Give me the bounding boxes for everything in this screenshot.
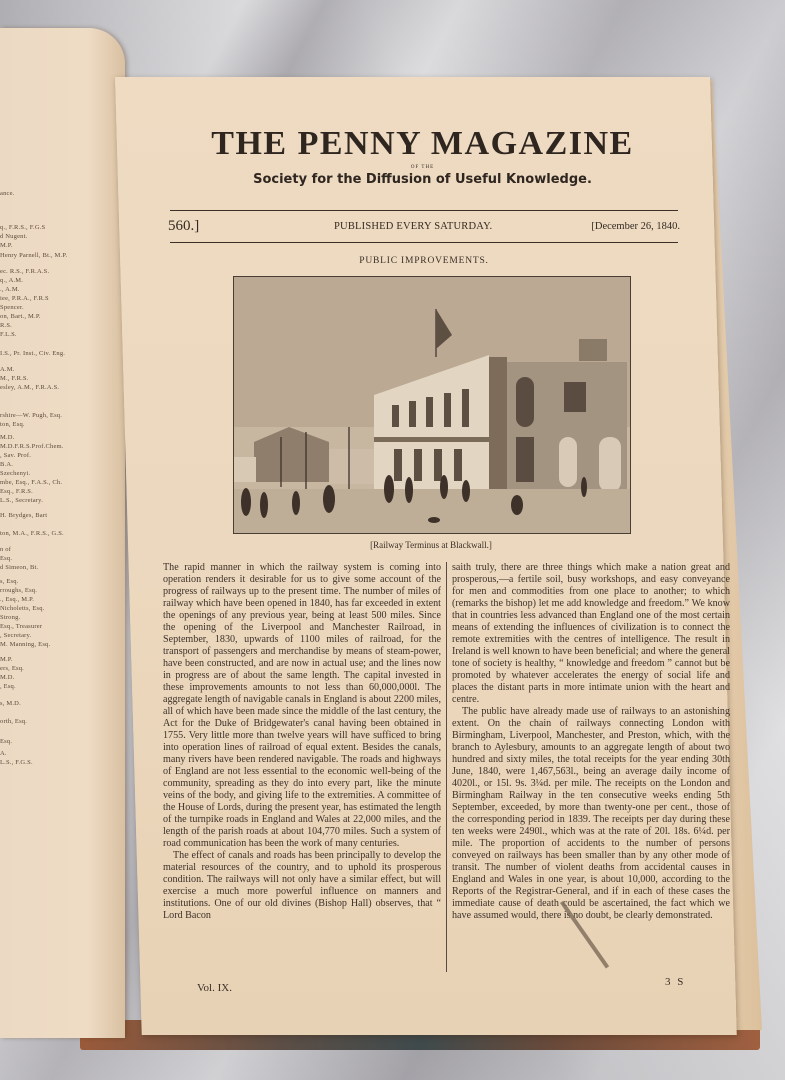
left-page-fragment: n of: [0, 546, 11, 553]
left-page-fragment: s, M.D.: [0, 700, 21, 707]
left-page-fragment: d Nugent.: [0, 233, 27, 240]
publication-frequency: PUBLISHED EVERY SATURDAY.: [334, 221, 492, 232]
magazine-title: THE PENNY MAGAZINE: [170, 125, 675, 163]
paragraph: The effect of canals and roads has been …: [163, 850, 441, 922]
signature-mark: 3 S: [665, 976, 685, 988]
left-page-fragment: I.S., Pr. Inst., Civ. Eng.: [0, 350, 65, 357]
illustration-caption: [Railway Terminus at Blackwall.]: [233, 540, 629, 550]
left-page-fragment: Strong.: [0, 614, 20, 621]
left-page: ance. q., F.R.S., F.G.S d Nugent. M.P. H…: [0, 28, 125, 1038]
left-page-fragment: M.P.: [0, 242, 13, 249]
left-page-fragment: Spencer.: [0, 304, 24, 311]
left-page-fragment: H. Brydges, Bart: [0, 512, 47, 519]
left-page-fragment: ton, Esq.: [0, 421, 25, 428]
left-page-fragment: M., F.R.S.: [0, 375, 29, 382]
left-page-fragment: M.P.: [0, 656, 13, 663]
left-page-fragment: iee, P.R.A., F.R.S: [0, 295, 49, 302]
paragraph: The public have already made use of rail…: [452, 706, 730, 922]
article-column-right: saith truly, there are three things whic…: [452, 562, 730, 922]
bottom-rule: [170, 242, 678, 243]
left-page-fragment: ton, M.A., F.R.S., G.S.: [0, 530, 64, 537]
left-page-fragment: q., F.R.S., F.G.S: [0, 224, 45, 231]
left-page-fragment: Esq., F.R.S.: [0, 488, 33, 495]
left-page-fragment: F.L.S.: [0, 331, 17, 338]
left-page-fragment: ., Esq., M.P.: [0, 596, 34, 603]
left-page-fragment: Henry Parnell, Bt., M.P.: [0, 252, 67, 259]
engraving-illustration: [233, 276, 631, 534]
left-page-fragment: ec. R.S., F.R.A.S.: [0, 268, 49, 275]
left-page-fragment: esley, A.M., F.R.A.S.: [0, 384, 59, 391]
left-page-fragment: Szechenyi.: [0, 470, 30, 477]
masthead: THE PENNY MAGAZINE OF THE Society for th…: [170, 125, 675, 187]
left-page-fragment: q., A.M.: [0, 277, 23, 284]
left-page-fragment: s, Esq.: [0, 578, 19, 585]
left-page-fragment: M. Manning, Esq.: [0, 641, 50, 648]
left-page-fragment: L.S., F.G.S.: [0, 759, 33, 766]
left-page-fragment: , Esq.: [0, 683, 16, 690]
left-page-fragment: Esq.: [0, 555, 12, 562]
masthead-of-the: OF THE: [170, 165, 675, 170]
left-page-fragment: orth, Esq.: [0, 718, 27, 725]
left-page-fragment: on, Bart., M.P.: [0, 313, 41, 320]
left-page-fragment: ., A.M.: [0, 286, 20, 293]
article-column-left: The rapid manner in which the railway sy…: [163, 562, 441, 922]
issue-number: 560.]: [168, 218, 199, 235]
left-page-fragment: ers, Esq.: [0, 665, 24, 672]
railway-terminus-engraving-icon: [234, 277, 630, 533]
left-page-fragment: R.S.: [0, 322, 12, 329]
left-page-fragment: Esq., Treasurer: [0, 623, 42, 630]
top-rule: [170, 210, 678, 211]
issue-line: 560.] PUBLISHED EVERY SATURDAY. [Decembe…: [168, 218, 680, 236]
left-page-fragment: A.: [0, 750, 7, 757]
left-page-fragment: Esq.: [0, 738, 12, 745]
left-page-fragment: ance.: [0, 190, 15, 197]
volume-label: Vol. IX.: [197, 982, 232, 994]
left-page-fragment: , Secretary.: [0, 632, 31, 639]
left-page-fragment: rroughs, Esq.: [0, 587, 37, 594]
left-page-fragment: L.S., Secretary.: [0, 497, 43, 504]
left-page-fragment: rshire—W. Pugh, Esq.: [0, 412, 62, 419]
left-page-fragment: A.M.: [0, 366, 15, 373]
left-page-fragment: mbe, Esq., F.A.S., Ch.: [0, 479, 62, 486]
paragraph: saith truly, there are three things whic…: [452, 562, 730, 706]
section-title: PUBLIC IMPROVEMENTS.: [170, 256, 678, 266]
left-page-fragment: B.A.: [0, 461, 13, 468]
left-page-fragment: d Simeon, Bt.: [0, 564, 38, 571]
left-page-fragment: , Sav. Prof.: [0, 452, 31, 459]
issue-date: [December 26, 1840.: [591, 221, 680, 232]
left-page-fragment: M.D.F.R.S.Prof.Chem.: [0, 443, 64, 450]
paragraph: The rapid manner in which the railway sy…: [163, 562, 441, 850]
masthead-subtitle: Society for the Diffusion of Useful Know…: [170, 172, 675, 187]
left-page-fragment: M.D.: [0, 434, 15, 441]
column-divider: [446, 562, 447, 972]
left-page-fragment: M.D.: [0, 674, 15, 681]
left-page-fragment: Nicholetts, Esq.: [0, 605, 45, 612]
